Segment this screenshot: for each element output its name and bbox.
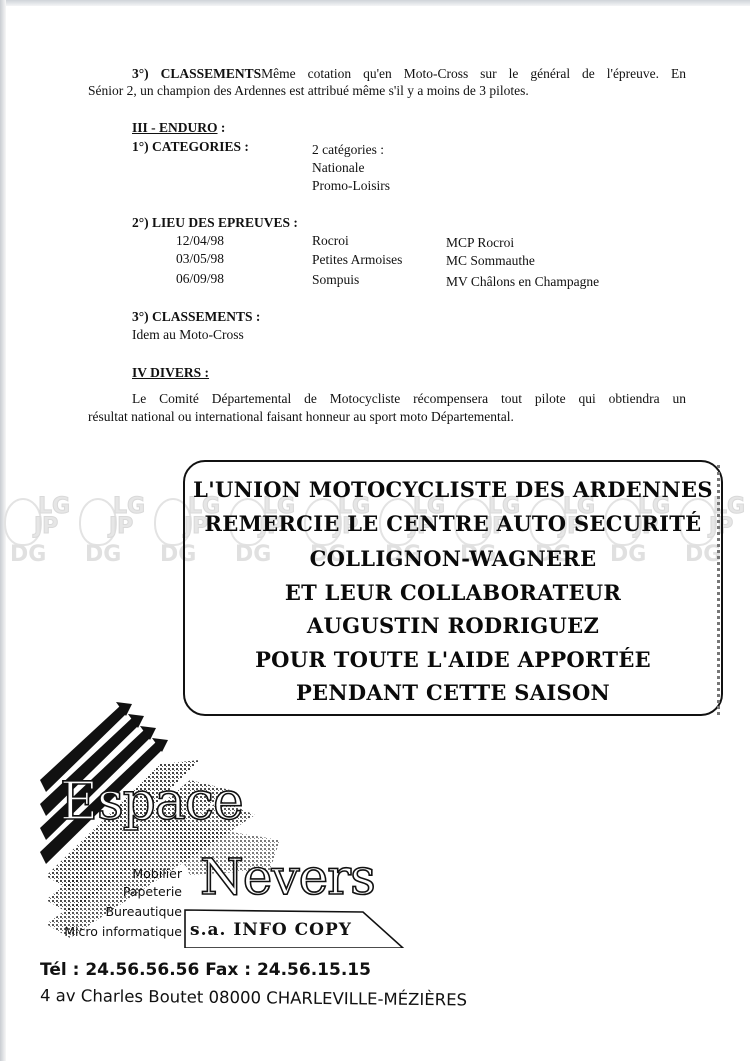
moto-classements-paragraph-line1: 3°) CLASSEMENTSMême cotation qu'en Moto-… (88, 66, 686, 82)
scan-edge-top (0, 0, 750, 6)
moto-classements-heading: 3°) CLASSEMENTS (132, 66, 261, 81)
lieu-club: MV Châlons en Champagne (446, 274, 599, 290)
company-name: s.a. INFO COPY (190, 920, 352, 940)
thanks-line: AUGUSTIN RODRIGUEZ (183, 614, 723, 638)
divers-text-line1: Le Comité Départemental de Motocycliste … (88, 391, 686, 407)
lieu-club: MCP Rocroi (446, 235, 514, 251)
lieu-place: Rocroi (312, 233, 349, 249)
enduro-title: III - ENDURO : (132, 120, 225, 136)
thanks-line: POUR TOUTE L'AIDE APPORTÉE (183, 648, 723, 672)
lieu-date: 03/05/98 (176, 251, 224, 267)
enduro-categories-heading: 1°) CATEGORIES : (132, 139, 249, 155)
brand-nevers: Nevers (200, 848, 375, 906)
watermark-initials: JP (109, 514, 133, 539)
lieu-date: 06/09/98 (176, 271, 224, 287)
enduro-classements-text: Idem au Moto-Cross (132, 327, 244, 343)
contact-address: 4 av Charles Boutet 08000 CHARLEVILLE-MÉ… (40, 986, 467, 1009)
service-item: Mobilier (40, 866, 182, 882)
thanks-line: ET LEUR COLLABORATEUR (183, 581, 723, 605)
lieu-date: 12/04/98 (176, 233, 224, 249)
enduro-categories-intro: 2 catégories : (312, 142, 384, 158)
enduro-category-item: Promo-Loisirs (312, 178, 390, 194)
divers-title: IV DIVERS : (132, 365, 209, 381)
service-item: Micro informatique (40, 924, 182, 940)
lieu-place: Sompuis (312, 272, 359, 288)
contact-phone-fax: Tél : 24.56.56.56 Fax : 24.56.15.15 (40, 960, 371, 980)
watermark-initials: JP (34, 514, 58, 539)
moto-classements-text-1: Même cotation qu'en Moto-Cross sur le gé… (261, 66, 686, 81)
thanks-line: COLLIGNON-WAGNERE (183, 547, 723, 571)
watermark-tile: LGJPDG (0, 492, 75, 570)
lieu-place: Petites Armoises (312, 252, 402, 268)
enduro-category-item: Nationale (312, 160, 364, 176)
watermark-initials: DG (85, 542, 121, 567)
enduro-classements-heading: 3°) CLASSEMENTS : (132, 309, 260, 325)
service-item: Papeterie (40, 884, 182, 900)
divers-text-2: résultat national ou international faisa… (88, 409, 698, 425)
moto-classements-text-2: Sénior 2, un champion des Ardennes est a… (88, 83, 698, 99)
brand-espace: Espace (60, 772, 243, 832)
thanks-line: L'UNION MOTOCYCLISTE DES ARDENNES (183, 478, 723, 502)
watermark-initials: DG (10, 542, 46, 567)
lieu-club: MC Sommauthe (446, 253, 535, 269)
watermark-tile: LGJPDG (75, 492, 150, 570)
thanks-line: REMERCIE LE CENTRE AUTO SECURITÉ (183, 512, 723, 536)
enduro-lieu-heading: 2°) LIEU DES EPREUVES : (132, 215, 298, 231)
service-item: Bureautique (40, 904, 182, 920)
